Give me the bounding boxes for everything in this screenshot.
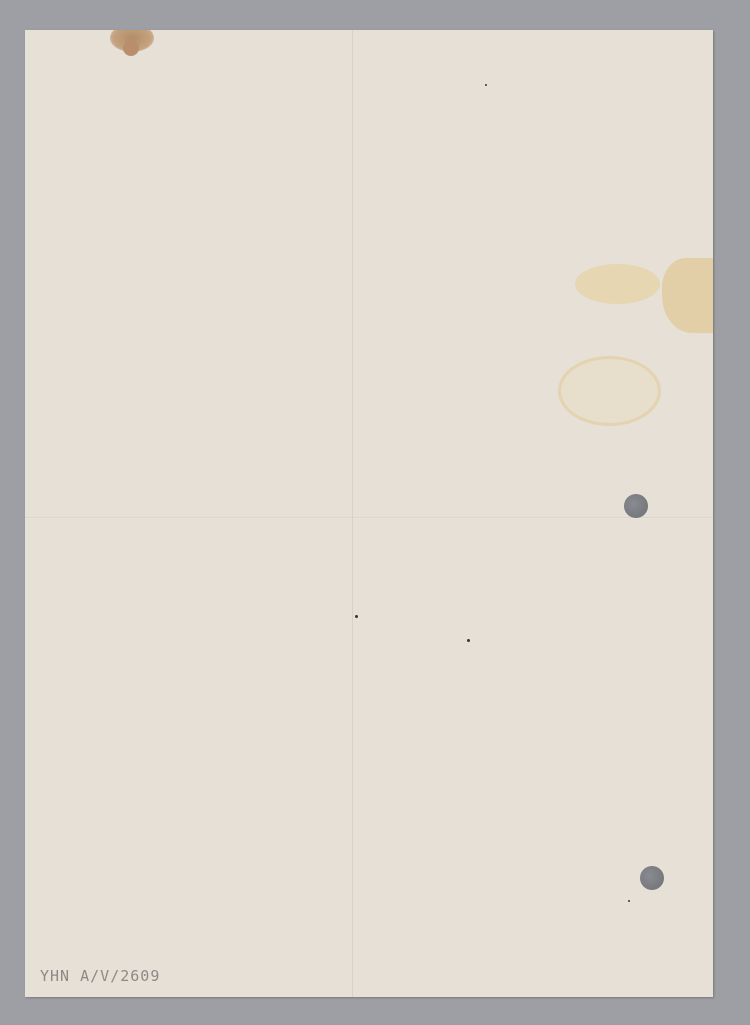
ink-speck xyxy=(467,639,470,642)
brown-stain-drip xyxy=(123,40,139,56)
vertical-fold-line xyxy=(352,30,353,997)
punch-hole-lower xyxy=(640,866,664,890)
oval-ring-stain xyxy=(558,356,661,426)
horizontal-fold-line xyxy=(25,517,713,519)
water-stain-edge xyxy=(662,258,713,333)
ink-speck xyxy=(485,84,487,86)
ink-speck xyxy=(355,615,358,618)
water-stain xyxy=(575,264,660,304)
archive-mark: YHN A/V/2609 xyxy=(40,967,160,985)
punch-hole-upper xyxy=(624,494,648,518)
ink-speck xyxy=(628,900,630,902)
letter-paper: YHN A/V/2609 xyxy=(25,30,713,997)
